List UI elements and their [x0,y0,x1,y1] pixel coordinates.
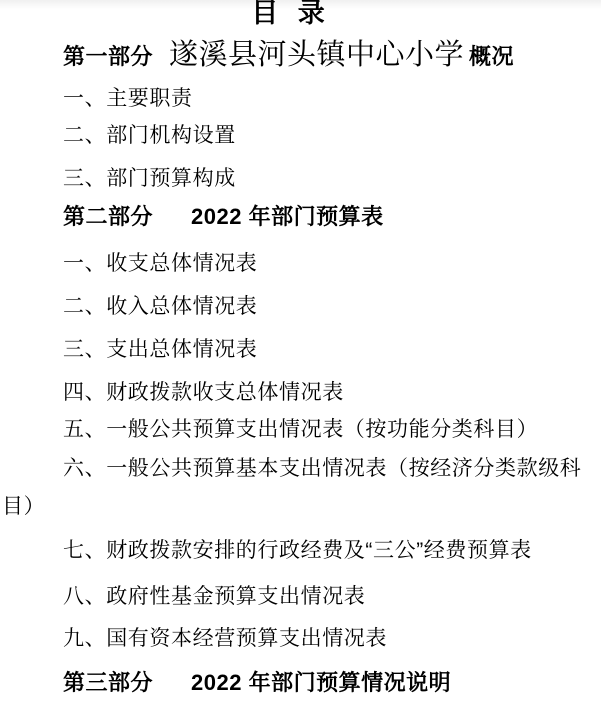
toc-entry-table-9: 九、国有资本经营预算支出情况表 [63,628,387,650]
part-2-title: 2022 年部门预算表 [191,204,384,229]
toc-entry-table-2: 二、收入总体情况表 [63,296,257,318]
toc-entry-table-8: 八、政府性基金预算支出情况表 [63,586,365,608]
toc-entry-table-5: 五、一般公共预算支出情况表（按功能分类科目） [63,419,538,441]
part-1-suffix: 概况 [469,44,514,69]
part-3-label: 第三部分 [63,670,153,695]
toc-entry-table-4: 四、财政拨款收支总体情况表 [63,382,344,404]
toc-entry-table-1: 一、收支总体情况表 [63,253,257,275]
toc-entry-table-6-wrap: 目） [2,496,45,518]
part-1-heading: 第一部分遂溪县河头镇中心小学概况 [63,40,514,72]
part-2-label: 第二部分 [63,204,153,229]
toc-entry-duties: 一、主要职责 [63,88,193,110]
toc-title: 目 录 [0,0,577,29]
part-3-title: 2022 年部门预算情况说明 [191,670,451,695]
toc-entry-table-7: 七、财政拨款安排的行政经费及“三公”经费预算表 [63,540,532,562]
toc-entry-table-6: 六、一般公共预算基本支出情况表（按经济分类款级科 [63,458,581,480]
toc-entry-budget-makeup: 三、部门预算构成 [63,168,236,190]
org-name: 遂溪县河头镇中心小学 [169,39,464,71]
part-1-label: 第一部分 [63,44,153,69]
toc-entry-org-setup: 二、部门机构设置 [63,125,236,147]
part-3-heading: 第三部分2022 年部门预算情况说明 [63,668,451,698]
document-page: 目 录 第一部分遂溪县河头镇中心小学概况 一、主要职责 二、部门机构设置 三、部… [0,0,601,701]
part-2-heading: 第二部分2022 年部门预算表 [63,202,384,232]
toc-entry-table-3: 三、支出总体情况表 [63,339,257,361]
